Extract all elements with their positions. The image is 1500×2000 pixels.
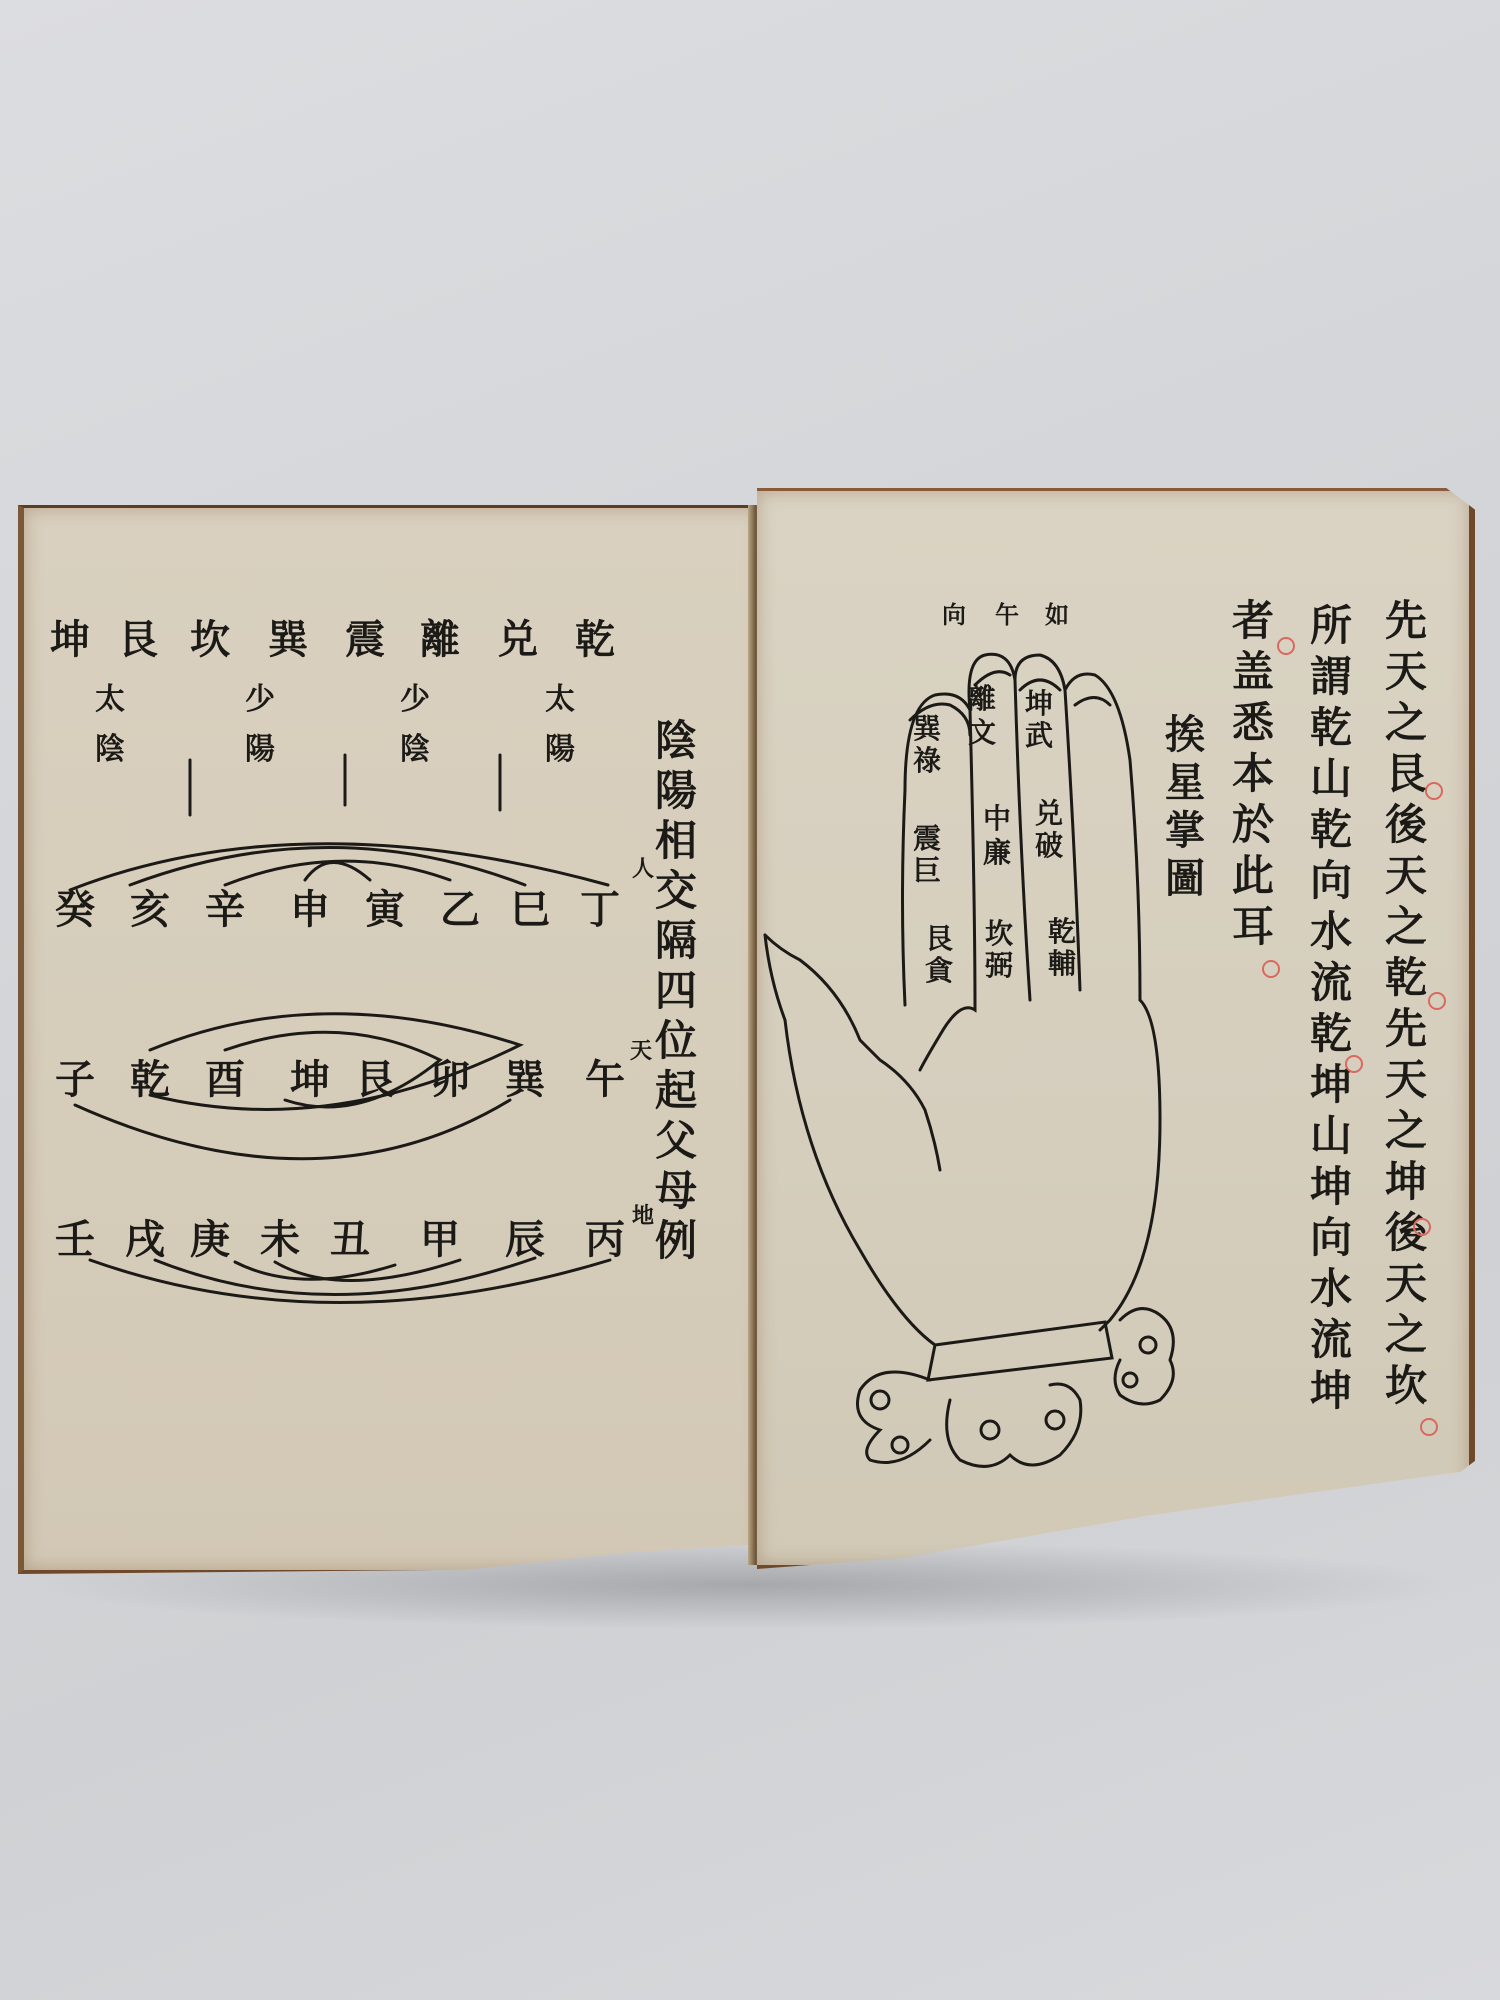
finger-label-char: 乾 — [1048, 918, 1076, 946]
finger-middle-middle: 中 廉 — [983, 805, 1011, 867]
finger-label-char: 祿 — [913, 747, 941, 775]
finger-ring-lower: 乾 輔 — [1048, 918, 1076, 978]
finger-label-char: 離 — [968, 685, 996, 713]
finger-index-top: 巽 祿 — [913, 715, 941, 775]
finger-label-char: 巽 — [913, 715, 941, 743]
finger-label-char: 艮 — [925, 925, 953, 953]
finger-label-char: 弼 — [985, 952, 1013, 980]
finger-label-char: 坤 — [1025, 690, 1053, 718]
finger-label-char: 兑 — [1035, 800, 1063, 828]
finger-ring-middle: 兑 破 — [1035, 800, 1063, 860]
finger-label-char: 貪 — [925, 957, 953, 985]
finger-label-char: 破 — [1035, 832, 1063, 860]
finger-ring-top: 坤 武 — [1025, 690, 1053, 750]
finger-label-char: 巨 — [913, 857, 941, 885]
finger-index-bottom: 震 巨 — [913, 825, 941, 885]
palm-diagram-icon — [0, 0, 1500, 2000]
finger-index-lower: 艮 貪 — [925, 925, 953, 985]
finger-middle-lower: 坎 弼 — [985, 920, 1013, 980]
finger-label-char: 文 — [968, 719, 996, 747]
finger-label-char: 中 — [983, 805, 1011, 833]
finger-label-char: 輔 — [1048, 950, 1076, 978]
finger-label-char: 武 — [1025, 722, 1053, 750]
finger-label-char: 坎 — [985, 920, 1013, 948]
finger-middle-top: 離 文 — [968, 685, 996, 747]
finger-label-char: 廉 — [983, 839, 1011, 867]
finger-label-char: 震 — [913, 825, 941, 853]
